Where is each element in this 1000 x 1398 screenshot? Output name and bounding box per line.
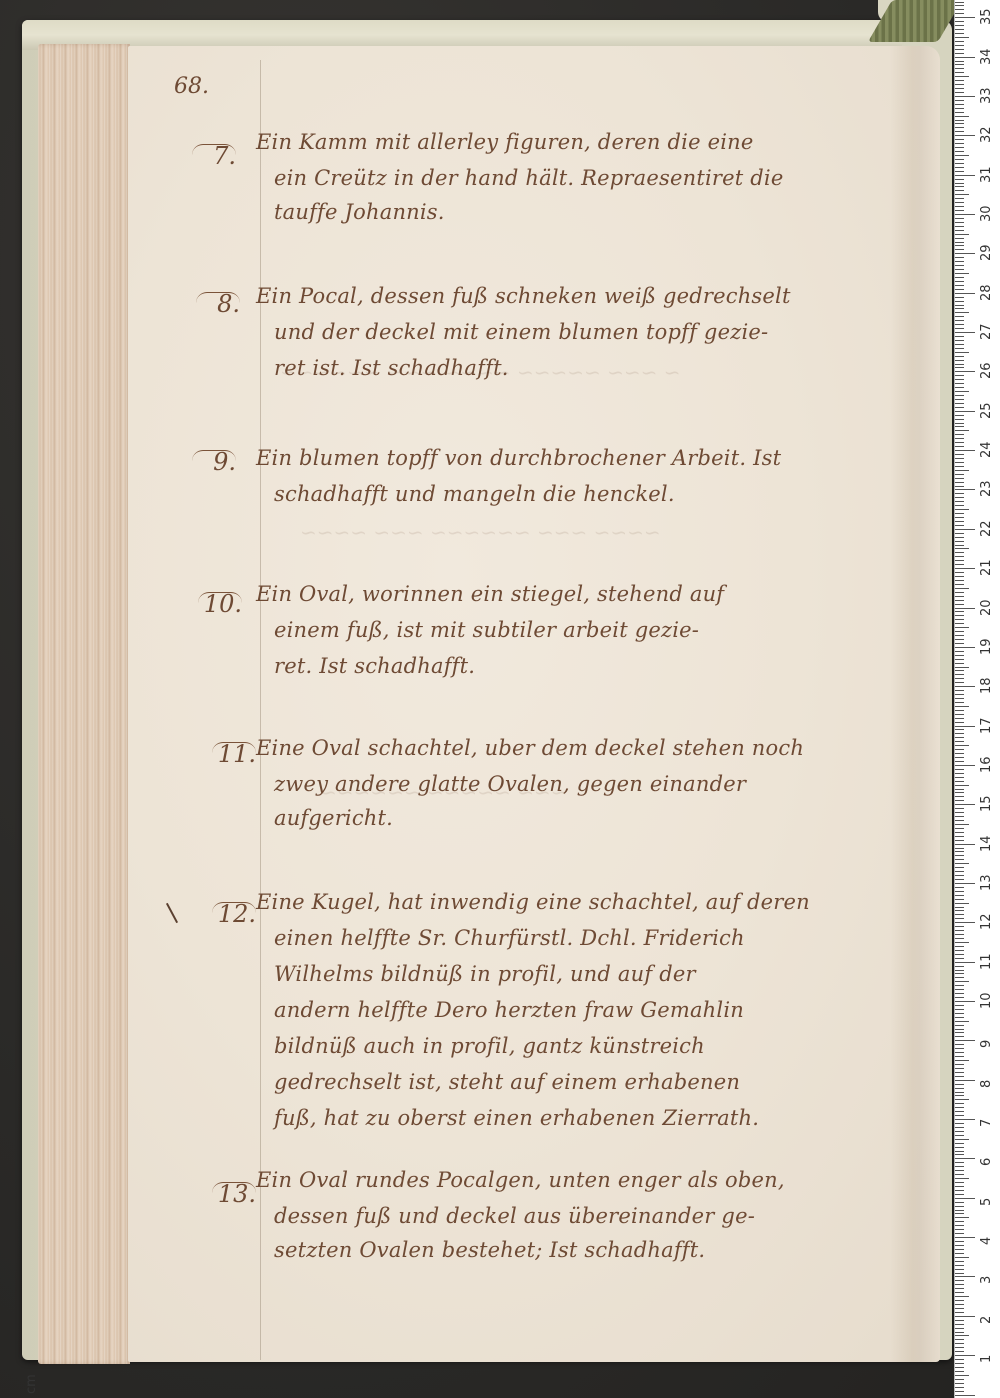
ruler-tick (955, 194, 969, 195)
ruler-tick (955, 305, 964, 306)
entry-number: 13. (196, 1180, 256, 1208)
ruler-tick (955, 1292, 964, 1293)
ruler-tick (955, 552, 964, 553)
entry-number: 8. (180, 290, 240, 318)
ruler-tick (955, 1343, 964, 1344)
ruler-tick (955, 1312, 964, 1313)
ruler-tick (955, 667, 969, 668)
ruler-cm-label: 10 (979, 985, 994, 1009)
ruler-tick (955, 1265, 964, 1266)
ruler-tick (955, 238, 964, 239)
ruler-tick (955, 155, 969, 156)
ruler-tick (955, 482, 964, 483)
entry-line: Eine Kugel, hat inwendig eine schachtel,… (256, 890, 810, 914)
ruler-tick (955, 604, 964, 605)
ruler-tick (955, 1174, 964, 1175)
ruler-tick (955, 41, 964, 42)
ruler-tick (955, 1040, 975, 1041)
ruler-tick (955, 1221, 964, 1222)
ruler-tick (955, 1170, 964, 1171)
ruler-tick (955, 360, 964, 361)
ruler-tick (955, 210, 964, 211)
ruler-tick (955, 907, 964, 908)
ruler-tick (955, 151, 964, 152)
ruler-tick (955, 423, 964, 424)
ruler-tick (955, 190, 964, 191)
ruler-tick (955, 1088, 964, 1089)
entry-line: und der deckel mit einem blumen topff ge… (274, 320, 768, 344)
ruler-tick (955, 1383, 964, 1384)
ruler-tick (955, 206, 964, 207)
entry-line: ret ist. Ist schadhafft. (274, 356, 509, 380)
ruler-tick (955, 1257, 969, 1258)
ruler-tick (955, 1308, 964, 1309)
ruler-tick (955, 1017, 964, 1018)
ruler-tick (955, 568, 975, 569)
ruler-tick (955, 584, 964, 585)
ruler-cm-label: 18 (979, 670, 994, 694)
ruler-tick (955, 68, 964, 69)
ruler-tick (955, 92, 964, 93)
ruler-tick (955, 25, 964, 26)
ruler-tick (955, 726, 975, 727)
ruler-tick (955, 1076, 964, 1077)
ruler-tick (955, 1351, 964, 1352)
ruler-tick (955, 1217, 969, 1218)
ruler-cm-label: 33 (979, 80, 994, 104)
manuscript-page (128, 46, 940, 1362)
ruler-tick (955, 1021, 969, 1022)
ruler-tick (955, 1304, 964, 1305)
ruler-tick (955, 879, 964, 880)
ruler-tick (955, 1395, 975, 1396)
ruler-tick (955, 1332, 964, 1333)
ruler-tick (955, 29, 964, 30)
ruler-tick (955, 183, 964, 184)
ruler-cm-label: 23 (979, 473, 994, 497)
ruler-tick (955, 171, 964, 172)
ruler-tick (955, 61, 964, 62)
ruler-tick (955, 789, 964, 790)
ruler-tick (955, 1300, 964, 1301)
ruler-cm-label: 9 (979, 1024, 994, 1048)
ruler-tick (955, 970, 964, 971)
ruler-tick (955, 249, 964, 250)
ruler-tick (955, 1048, 964, 1049)
ruler-tick (955, 824, 969, 825)
ruler-tick (955, 1296, 969, 1297)
ruler-tick (955, 13, 964, 14)
ruler-tick (955, 729, 964, 730)
measurement-ruler-cm: 3534333231302928272625242322212019181716… (954, 0, 1000, 1398)
ruler-cm-label: 1 (979, 1339, 994, 1363)
ruler-tick (955, 576, 964, 577)
ruler-tick (955, 234, 969, 235)
ruler-tick (955, 1261, 964, 1262)
ruler-tick (955, 328, 964, 329)
ruler-tick (955, 1316, 975, 1317)
ruler-tick (955, 643, 964, 644)
ruler-tick (955, 816, 964, 817)
ruler-tick (955, 139, 964, 140)
ruler-tick (955, 1210, 964, 1211)
ruler-tick (955, 741, 964, 742)
entry-line: Eine Oval schachtel, uber dem deckel ste… (256, 736, 804, 760)
ruler-tick (955, 1068, 964, 1069)
ruler-tick (955, 316, 964, 317)
ruler-tick (955, 922, 975, 923)
ruler-tick (955, 344, 964, 345)
ruler-tick (955, 525, 964, 526)
ruler-tick (955, 147, 964, 148)
entry-line: Ein Pocal, dessen fuß schneken weiß gedr… (256, 284, 791, 308)
ruler-tick (955, 737, 964, 738)
ruler-tick (955, 1363, 964, 1364)
entry-line: tauffe Johannis. (274, 200, 445, 224)
ruler-cm-label: 22 (979, 513, 994, 537)
ruler-tick (955, 1253, 964, 1254)
ruler-tick (955, 977, 964, 978)
ruler-tick (955, 694, 964, 695)
ruler-cm-label: 16 (979, 749, 994, 773)
ruler-tick (955, 714, 964, 715)
ruler-tick (955, 887, 964, 888)
ruler-tick (955, 859, 964, 860)
ruler-tick (955, 592, 964, 593)
ruler-tick (955, 765, 975, 766)
ruler-cm-label: 15 (979, 788, 994, 812)
ruler-tick (955, 1320, 964, 1321)
ruler-tick (955, 76, 969, 77)
ruler-cm-label: 11 (979, 946, 994, 970)
ruler-tick (955, 430, 969, 431)
entry-number: 10. (182, 590, 242, 618)
ruler-tick (955, 1072, 964, 1073)
ruler-tick (955, 1166, 964, 1167)
ruler-tick (955, 367, 964, 368)
ruler-tick (955, 80, 964, 81)
ruler-tick (955, 407, 964, 408)
ruler-tick (955, 851, 964, 852)
ruler-tick (955, 1269, 964, 1270)
ruler-cm-label: 35 (979, 1, 994, 25)
ruler-tick (955, 470, 969, 471)
ruler-tick (955, 403, 964, 404)
ruler-tick (955, 623, 964, 624)
ruler-tick (955, 895, 964, 896)
ruler-tick (955, 1324, 964, 1325)
ruler-tick (955, 812, 964, 813)
ruler-tick (955, 143, 964, 144)
ruler-tick (955, 529, 975, 530)
ruler-cm-label: 8 (979, 1064, 994, 1088)
ruler-tick (955, 871, 964, 872)
ruler-tick (955, 202, 964, 203)
ruler-tick (955, 179, 964, 180)
ruler-tick (955, 120, 964, 121)
ruler-tick (955, 375, 964, 376)
ruler-tick (955, 17, 975, 18)
ruler-tick (955, 753, 964, 754)
ruler-tick (955, 2, 964, 3)
ruler-tick (955, 1135, 964, 1136)
ruler-tick (955, 533, 964, 534)
ruler-tick (955, 619, 964, 620)
ruler-tick (955, 336, 964, 337)
ruler-tick (955, 938, 964, 939)
ruler-tick (955, 1080, 975, 1081)
ruler-tick (955, 1288, 964, 1289)
ruler-tick (955, 1044, 964, 1045)
ruler-tick (955, 383, 964, 384)
ruler-cm-label: 27 (979, 316, 994, 340)
ruler-cm-label: 34 (979, 41, 994, 65)
ruler-tick (955, 33, 964, 34)
ruler-tick (955, 659, 964, 660)
ruler-tick (955, 135, 975, 136)
ruler-tick (955, 548, 969, 549)
ruler-tick (955, 1273, 964, 1274)
ruler-tick (955, 745, 969, 746)
ruler-cm-label: 29 (979, 237, 994, 261)
ruler-tick (955, 517, 964, 518)
ruler-tick (955, 655, 964, 656)
ruler-tick (955, 1339, 964, 1340)
ruler-cm-label: 20 (979, 592, 994, 616)
ruler-tick (955, 1029, 964, 1030)
ruler-tick (955, 777, 964, 778)
ruler-tick (955, 364, 964, 365)
ruler-tick (955, 159, 964, 160)
ruler-tick (955, 21, 964, 22)
ruler-cm-label: 32 (979, 119, 994, 143)
ruler-tick (955, 415, 964, 416)
entry-line: Wilhelms bildnüß in profil, und auf der (274, 962, 696, 986)
ruler-cm-label: 26 (979, 355, 994, 379)
ruler-tick (955, 352, 969, 353)
ruler-tick (955, 312, 969, 313)
ruler-tick (955, 1371, 964, 1372)
ruler-tick (955, 198, 964, 199)
ruler-tick (955, 1284, 964, 1285)
ruler-cm-label: 14 (979, 828, 994, 852)
ruler-tick (955, 289, 964, 290)
ruler-tick (955, 1107, 964, 1108)
ruler-tick (955, 509, 969, 510)
ruler-tick (955, 265, 964, 266)
ruler-tick (955, 218, 964, 219)
ruler-tick (955, 1111, 964, 1112)
ruler-tick (955, 749, 964, 750)
ruler-tick (955, 108, 964, 109)
ruler-tick (955, 462, 964, 463)
ruler-tick (955, 230, 964, 231)
ruler-tick (955, 1064, 964, 1065)
ruler-tick (955, 804, 975, 805)
ruler-tick (955, 257, 964, 258)
ruler-tick (955, 1001, 975, 1002)
ruler-tick (955, 757, 964, 758)
ruler-cm-label: 13 (979, 867, 994, 891)
ruler-tick (955, 1391, 964, 1392)
ruler-tick (955, 308, 964, 309)
ruler-tick (955, 379, 964, 380)
ruler-tick (955, 993, 964, 994)
ruler-tick (955, 545, 964, 546)
ruler-tick (955, 226, 964, 227)
ruler-tick (955, 277, 964, 278)
ruler-tick (955, 883, 975, 884)
ruler-tick (955, 796, 964, 797)
ruler-tick (955, 828, 964, 829)
ruler-tick (955, 434, 964, 435)
ruler-tick (955, 37, 969, 38)
ruler-tick (955, 572, 964, 573)
ruler-tick (955, 1375, 969, 1376)
ruler-tick (955, 72, 964, 73)
ruler-tick (955, 674, 964, 675)
ruler-tick (955, 253, 975, 254)
ruler-tick (955, 395, 964, 396)
ruler-tick (955, 1123, 964, 1124)
entry-line: setzten Ovalen bestehet; Ist schadhafft. (274, 1238, 705, 1262)
ruler-tick (955, 631, 964, 632)
ruler-tick (955, 918, 964, 919)
ruler-cm-label: 28 (979, 277, 994, 301)
ruler-tick (955, 324, 964, 325)
ruler-tick (955, 718, 964, 719)
ruler-tick (955, 332, 975, 333)
ruler-tick (955, 608, 975, 609)
ruler-tick (955, 501, 964, 502)
ruler-tick (955, 320, 964, 321)
ruler-tick (955, 564, 964, 565)
ruler-tick (955, 769, 964, 770)
ruler-tick (955, 269, 964, 270)
entry-line: einem fuß, ist mit subtiler arbeit gezie… (274, 618, 699, 642)
entry-line: zwey andere glatte Ovalen, gegen einande… (274, 772, 746, 796)
ruler-tick (955, 242, 964, 243)
ruler-tick (955, 580, 964, 581)
ruler-tick (955, 1032, 964, 1033)
ruler-tick (955, 293, 975, 294)
ruler-tick (955, 1092, 964, 1093)
ruler-tick (955, 356, 964, 357)
ruler-cm-label: 6 (979, 1142, 994, 1166)
ruler-tick (955, 785, 969, 786)
entry-line: einen helffte Sr. Churfürstl. Dchl. Frid… (274, 926, 745, 950)
ruler-tick (955, 1359, 964, 1360)
ruler-tick (955, 371, 975, 372)
entry-line: aufgericht. (274, 806, 393, 830)
ruler-tick (955, 541, 964, 542)
ruler-tick (955, 127, 964, 128)
ruler-tick (955, 167, 964, 168)
ruler-tick (955, 1198, 975, 1199)
ruler-tick (955, 773, 964, 774)
entry-line: Ein blumen topff von durchbrochener Arbe… (256, 446, 781, 470)
ruler-tick (955, 611, 964, 612)
ruler-tick (955, 1025, 964, 1026)
ruler-tick (955, 454, 964, 455)
ruler-tick (955, 1276, 975, 1277)
ruler-cm-label: 7 (979, 1103, 994, 1127)
ruler-tick (955, 478, 964, 479)
ruler-tick (955, 651, 964, 652)
ruler-tick (955, 1237, 975, 1238)
ruler-tick (955, 1154, 964, 1155)
ruler-cm-label: 12 (979, 906, 994, 930)
margin-rule-line (260, 60, 261, 1360)
ruler-tick (955, 560, 964, 561)
ruler-tick (955, 1139, 969, 1140)
entry-line: ein Creütz in der hand hält. Repraesenti… (274, 166, 783, 190)
entry-line: andern helffte Dero herzten fraw Gemahli… (274, 998, 744, 1022)
ruler-tick (955, 663, 964, 664)
ruler-tick (955, 702, 964, 703)
ruler-tick (955, 808, 964, 809)
ruler-unit-label: cm (24, 1374, 39, 1394)
ruler-tick (955, 442, 964, 443)
ruler-tick (955, 513, 964, 514)
ruler-tick (955, 505, 964, 506)
ruler-tick (955, 1147, 964, 1148)
ruler-cm-label: 17 (979, 710, 994, 734)
ruler-tick (955, 698, 964, 699)
ruler-tick (955, 131, 964, 132)
ruler-tick (955, 521, 964, 522)
entry-line: dessen fuß und deckel aus übereinander g… (274, 1204, 755, 1228)
entry-line: gedrechselt ist, steht auf einem erhaben… (274, 1070, 740, 1094)
ruler-tick (955, 733, 964, 734)
ruler-tick (955, 647, 975, 648)
page-gutter-shadow (890, 46, 940, 1362)
ruler-tick (955, 391, 969, 392)
ruler-tick (955, 875, 964, 876)
ruler-tick (955, 1249, 964, 1250)
ruler-tick (955, 64, 964, 65)
ruler-cm-label: 21 (979, 552, 994, 576)
ruler-tick (955, 950, 964, 951)
ruler-tick (955, 214, 975, 215)
entry-line: fuß, hat zu oberst einen erhabenen Zierr… (274, 1106, 759, 1130)
ruler-tick (955, 1143, 964, 1144)
ruler-tick (955, 1186, 964, 1187)
ruler-tick (955, 863, 969, 864)
ruler-tick (955, 966, 964, 967)
ruler-tick (955, 9, 964, 10)
ruler-tick (955, 104, 964, 105)
ruler-tick (955, 848, 964, 849)
ruler-tick (955, 1056, 964, 1057)
ruler-tick (955, 1162, 964, 1163)
ruler-tick (955, 556, 964, 557)
ruler-tick (955, 1013, 964, 1014)
ruler-tick (955, 301, 964, 302)
ruler-tick (955, 722, 964, 723)
ruler-tick (955, 245, 964, 246)
ruler-cm-label: 3 (979, 1260, 994, 1284)
ruler-tick (955, 450, 975, 451)
ruler-tick (955, 1084, 964, 1085)
ruler-tick (955, 926, 964, 927)
ruler-tick (955, 686, 975, 687)
ruler-tick (955, 446, 964, 447)
ruler-tick (955, 537, 964, 538)
entry-line: Ein Oval, worinnen ein stiegel, stehend … (256, 582, 724, 606)
ruler-tick (955, 53, 964, 54)
entry-number: 9. (176, 448, 236, 476)
